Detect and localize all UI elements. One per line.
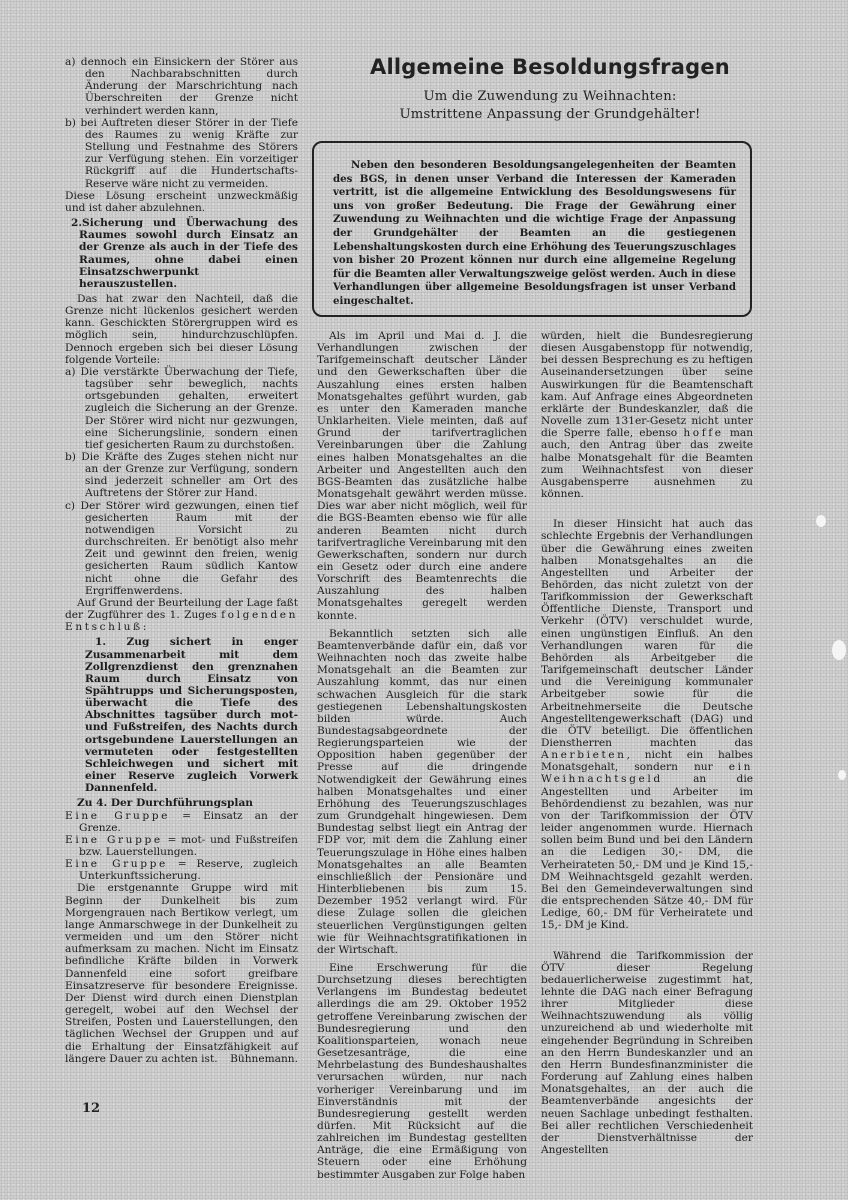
conclusion-text: Diese Lösung erscheint unzweckmäßig und … (65, 190, 298, 214)
paragraph: Bekanntlich setzten sich alle Beamtenver… (317, 628, 527, 956)
intro-text: Neben den besonderen Besoldungsangelegen… (333, 159, 736, 309)
article-title: Allgemeine Besoldungsfragen (320, 55, 780, 79)
article-column-right: würden, hielt die Bundesregierung diesen… (541, 330, 753, 1156)
group-item: Eine Gruppe = Einsatz an der Grenze. (65, 810, 298, 834)
list-item: c) Der Störer wird gezwungen, einen tief… (65, 500, 298, 597)
option-2-heading: 2.Sicherung und Überwachung des Raumes s… (65, 217, 298, 290)
group-item: Eine Gruppe = mot- und Fußstreifen bzw. … (65, 834, 298, 858)
list-item: b) bei Auftreten dieser Störer in der Ti… (65, 117, 298, 190)
scan-artifact (838, 770, 846, 780)
scan-artifact (832, 640, 846, 660)
scan-artifact (816, 515, 826, 527)
paragraph: Eine Erschwerung für die Durchsetzung di… (317, 962, 527, 1181)
paragraph: Das hat zwar den Nachteil, daß die Grenz… (65, 293, 298, 366)
list-item: b) Die Kräfte des Zuges stehen nicht nur… (65, 451, 298, 500)
list-item: a) dennoch ein Einsickern der Störer aus… (65, 56, 298, 117)
newspaper-page: a) dennoch ein Einsickern der Störer aus… (0, 0, 848, 1200)
intro-box: Neben den besonderen Besoldungsangelegen… (312, 141, 752, 317)
paragraph: Auf Grund der Beurteilung der Lage faßt … (65, 597, 298, 633)
paragraph: Während die Tarifkommission der ÖTV dies… (541, 950, 753, 1157)
paragraph: In dieser Hinsicht hat auch das schlecht… (541, 518, 753, 931)
paragraph: Die erstgenannte Gruppe wird mit Beginn … (65, 882, 298, 1064)
decision-text: 1. Zug sichert in enger Zusammenarbeit m… (65, 636, 298, 794)
group-item: Eine Gruppe = Reserve, zugleich Unterkun… (65, 858, 298, 882)
author-byline: Bühnemann. (218, 1053, 298, 1065)
plan-heading: Zu 4. Der Durchführungsplan (65, 797, 298, 809)
list-item: a) Die verstärkte Überwachung der Tiefe,… (65, 366, 298, 451)
paragraph: Als im April und Mai d. J. die Verhandlu… (317, 330, 527, 622)
article-column-middle: Als im April und Mai d. J. die Verhandlu… (317, 330, 527, 1181)
paragraph: würden, hielt die Bundesregierung diesen… (541, 330, 753, 500)
left-article-column: a) dennoch ein Einsickern der Störer aus… (65, 56, 298, 1065)
article-subtitle: Um die Zuwendung zu Weihnachten: Umstrit… (320, 88, 780, 124)
page-number: 12 (82, 1101, 100, 1116)
